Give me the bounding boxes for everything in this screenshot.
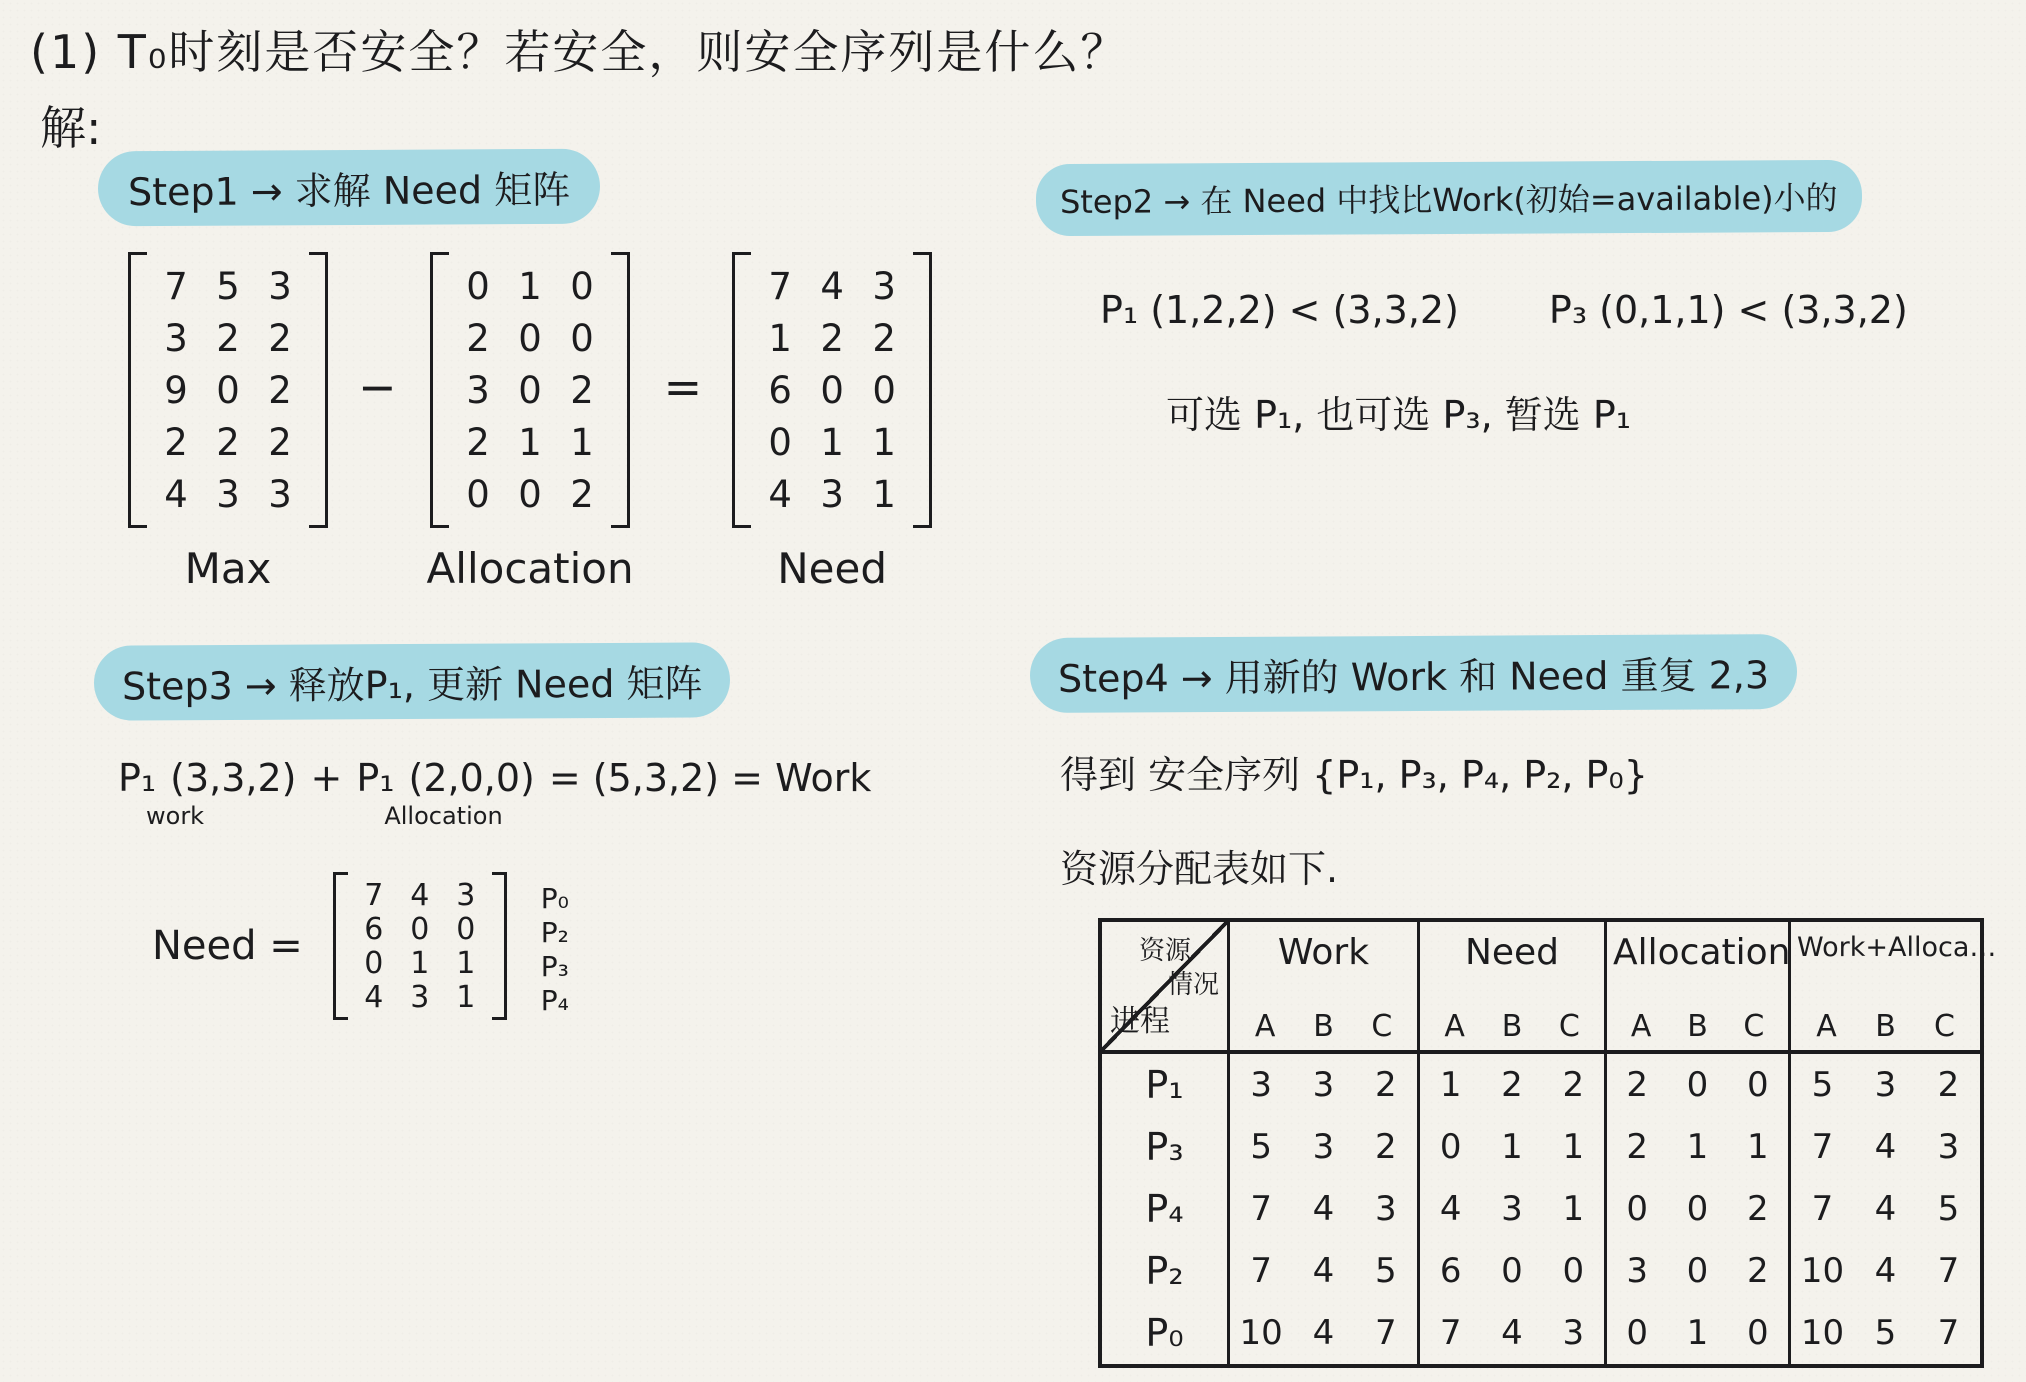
matrix-row: 600: [754, 364, 910, 416]
matrix-value: 4: [364, 980, 383, 1015]
table-value: 0: [1501, 1251, 1523, 1291]
matrix-row: 743: [351, 878, 489, 912]
table-value: 4: [1875, 1127, 1897, 1167]
safe-sequence-result: 得到 安全序列 {P₁, P₃, P₄, P₂, P₀}: [1060, 744, 1648, 799]
table-value: 2: [1375, 1065, 1397, 1105]
matrix-value: 0: [820, 369, 844, 412]
table-value: 4: [1313, 1251, 1335, 1291]
matrix-row: 122: [754, 312, 910, 364]
table-value: 1: [1440, 1065, 1462, 1105]
matrix-value: 2: [268, 421, 292, 464]
matrix-value: 7: [164, 265, 188, 308]
table-value: 2: [1626, 1065, 1648, 1105]
matrix-value: 2: [268, 369, 292, 412]
matrix-value: 3: [410, 980, 429, 1015]
table-value: 4: [1440, 1189, 1462, 1229]
table-value: 0: [1563, 1251, 1585, 1291]
matrix-row: 011: [351, 946, 489, 980]
plus-operator: +: [311, 756, 343, 800]
corner-situation-label: 情况: [1167, 964, 1219, 1001]
column-header-work: Work ABC: [1230, 922, 1420, 1054]
matrix-value: 2: [268, 317, 292, 360]
matrix-value: 7: [768, 265, 792, 308]
matrix-row: 431: [754, 468, 910, 520]
table-value: 2: [1563, 1065, 1585, 1105]
matrix-value: 1: [518, 265, 542, 308]
column-header-work-alloc: Work+Alloca… ABC: [1791, 922, 1980, 1054]
table-values-work-alloc: 743: [1791, 1116, 1980, 1178]
matrix-value: 1: [456, 980, 475, 1015]
table-values-allocation: 211: [1607, 1116, 1791, 1178]
matrix-row: 002: [452, 468, 608, 520]
subcol-label: B: [1313, 1009, 1334, 1044]
need-row-labels: P₀P₂P₃P₄: [541, 875, 569, 1017]
resource-allocation-table: 资源 情况 进程 Work ABC Need ABC Allocation AB…: [1098, 918, 1984, 1368]
matrix-value: 3: [164, 317, 188, 360]
need-matrix-label: Need: [777, 544, 887, 593]
table-values-work-alloc: 1057: [1791, 1302, 1980, 1364]
table-values-allocation: 010: [1607, 1302, 1791, 1364]
corner-resource-label: 资源: [1139, 930, 1191, 967]
step2-note: 可选 P₁, 也可选 P₃, 暂选 P₁: [1166, 384, 1631, 439]
subcol-label: A: [1631, 1009, 1652, 1044]
max-matrix-label: Max: [185, 544, 272, 593]
allocation-matrix-block: 010200302211002 Allocation: [427, 252, 634, 593]
list-item: P₂: [541, 915, 569, 949]
minus-operator: −: [358, 360, 397, 414]
work-vector: (3,3,2): [170, 756, 296, 800]
process-label: P₀: [1102, 1302, 1230, 1364]
subcol-label: A: [1816, 1009, 1837, 1044]
work-update-equation: P₁work (3,3,2) + P₁Allocation (2,0,0) = …: [118, 756, 871, 800]
need-matrix: 743122600011431: [732, 252, 932, 528]
process-label: P₄: [1102, 1178, 1230, 1240]
matrix-value: 6: [768, 369, 792, 412]
list-item: P₄: [541, 983, 569, 1017]
table-value: 7: [1938, 1313, 1960, 1353]
table-value: 3: [1626, 1251, 1648, 1291]
matrix-row: 600: [351, 912, 489, 946]
table-value: 2: [1938, 1065, 1960, 1105]
matrix-value: 2: [570, 473, 594, 516]
table-value: 7: [1250, 1189, 1272, 1229]
table-value: 0: [1687, 1065, 1709, 1105]
matrix-row: 011: [754, 416, 910, 468]
table-values-work: 532: [1230, 1116, 1420, 1178]
matrix-value: 0: [466, 265, 490, 308]
subcol-label: A: [1255, 1009, 1276, 1044]
table-value: 7: [1938, 1251, 1960, 1291]
matrix-value: 4: [820, 265, 844, 308]
matrix-row: 431: [351, 980, 489, 1014]
matrix-value: 0: [872, 369, 896, 412]
subcol-label: C: [1934, 1009, 1955, 1044]
table-value: 5: [1938, 1189, 1960, 1229]
table-value: 0: [1626, 1313, 1648, 1353]
table-values-work-alloc: 532: [1791, 1054, 1980, 1116]
matrix-value: 3: [268, 473, 292, 516]
table-value: 3: [1313, 1127, 1335, 1167]
subcol-label: C: [1371, 1009, 1392, 1044]
table-value: 7: [1375, 1313, 1397, 1353]
table-values-need: 011: [1420, 1116, 1607, 1178]
matrix-value: 0: [570, 265, 594, 308]
allocation-subscript: Allocation: [384, 802, 502, 830]
table-values-work-alloc: 745: [1791, 1178, 1980, 1240]
matrix-value: 3: [820, 473, 844, 516]
table-values-work: 1047: [1230, 1302, 1420, 1364]
step1-heading-text: Step1 → 求解 Need 矩阵: [128, 168, 570, 214]
matrix-value: 1: [872, 473, 896, 516]
table-value: 5: [1875, 1313, 1897, 1353]
matrix-value: 3: [466, 369, 490, 412]
table-value: 2: [1747, 1251, 1769, 1291]
matrix-value: 3: [456, 878, 475, 913]
matrix-row: 753: [150, 260, 306, 312]
table-value: 0: [1440, 1127, 1462, 1167]
step4-heading-text: Step4 → 用新的 Work 和 Need 重复 2,3: [1058, 653, 1769, 701]
list-item: P₁ (1,2,2) < (3,3,2): [1100, 288, 1459, 332]
matrix-value: 1: [872, 421, 896, 464]
p1-symbol: P₁: [356, 756, 394, 800]
matrix-value: 0: [768, 421, 792, 464]
table-value: 10: [1801, 1251, 1844, 1291]
matrix-row: 211: [452, 416, 608, 468]
matrix-value: 4: [410, 878, 429, 913]
table-values-work: 743: [1230, 1178, 1420, 1240]
matrix-value: 0: [216, 369, 240, 412]
table-value: 4: [1313, 1189, 1335, 1229]
table-value: 3: [1313, 1065, 1335, 1105]
matrix-value: 2: [466, 421, 490, 464]
matrix-row: 222: [150, 416, 306, 468]
matrix-value: 3: [872, 265, 896, 308]
column-header-need: Need ABC: [1420, 922, 1607, 1054]
list-item: P₀: [541, 881, 569, 915]
work-subscript: work: [146, 802, 204, 830]
matrix-value: 2: [872, 317, 896, 360]
need-matrix-block: 743122600011431 Need: [732, 252, 932, 593]
subcol-label: B: [1875, 1009, 1896, 1044]
matrix-value: 0: [518, 369, 542, 412]
matrix-row: 743: [754, 260, 910, 312]
table-values-work-alloc: 1047: [1791, 1240, 1980, 1302]
updated-need-matrix: 743600011431: [333, 872, 507, 1020]
table-value: 10: [1240, 1313, 1283, 1353]
step2-heading-highlight: Step2 → 在 Need 中找比Work(初始=available)小的: [1036, 160, 1862, 236]
matrix-row: 010: [452, 260, 608, 312]
matrix-row: 322: [150, 312, 306, 364]
equals-operator: =: [664, 360, 703, 414]
table-value: 4: [1875, 1189, 1897, 1229]
table-value: 0: [1626, 1189, 1648, 1229]
table-value: 0: [1687, 1251, 1709, 1291]
subcol-label: B: [1502, 1009, 1523, 1044]
subcols-allocation: ABC: [1613, 1009, 1782, 1046]
max-matrix-block: 753322902222433 Max: [128, 252, 328, 593]
table-value: 5: [1375, 1251, 1397, 1291]
subcols-work-alloc: ABC: [1797, 1009, 1974, 1046]
allocation-matrix: 010200302211002: [430, 252, 630, 528]
matrix-row: 902: [150, 364, 306, 416]
subcols-work: ABC: [1236, 1009, 1411, 1046]
matrix-value: 0: [456, 912, 475, 947]
allocation-matrix-label: Allocation: [427, 544, 634, 593]
updated-need-matrix-block: Need = 743600011431 P₀P₂P₃P₄: [152, 872, 569, 1020]
step3-heading-highlight: Step3 → 释放P₁, 更新 Need 矩阵: [94, 642, 731, 720]
table-value: 6: [1440, 1251, 1462, 1291]
need-equals-label: Need =: [152, 923, 303, 969]
process-label: P₂: [1102, 1240, 1230, 1302]
matrix-value: 2: [216, 317, 240, 360]
table-value: 4: [1875, 1251, 1897, 1291]
step2-heading-text: Step2 → 在 Need 中找比Work(初始=available)小的: [1060, 179, 1838, 221]
table-value: 7: [1812, 1189, 1834, 1229]
list-item: P₃: [541, 949, 569, 983]
table-values-need: 743: [1420, 1302, 1607, 1364]
list-item: P₃ (0,1,1) < (3,3,2): [1549, 288, 1908, 332]
matrix-value: 0: [364, 946, 383, 981]
table-value: 2: [1375, 1127, 1397, 1167]
p1-allocation-term: P₁Allocation: [356, 756, 394, 800]
matrix-value: 5: [216, 265, 240, 308]
table-value: 7: [1440, 1313, 1462, 1353]
matrix-value: 1: [570, 421, 594, 464]
table-value: 2: [1747, 1189, 1769, 1229]
subcol-label: A: [1444, 1009, 1465, 1044]
table-values-need: 431: [1420, 1178, 1607, 1240]
matrix-value: 0: [410, 912, 429, 947]
process-label: P₁: [1102, 1054, 1230, 1116]
table-value: 3: [1875, 1065, 1897, 1105]
matrix-value: 6: [364, 912, 383, 947]
table-value: 7: [1812, 1127, 1834, 1167]
notebook-page: (1) T₀时刻是否安全？若安全，则安全序列是什么？ 解: Step1 → 求解…: [0, 0, 2026, 1382]
matrix-value: 1: [820, 421, 844, 464]
matrix-value: 2: [164, 421, 188, 464]
need-matrix-equation: 753322902222433 Max − 010200302211002 Al…: [128, 252, 932, 593]
matrix-row: 302: [452, 364, 608, 416]
matrix-value: 1: [518, 421, 542, 464]
matrix-value: 2: [216, 421, 240, 464]
question-title: (1) T₀时刻是否安全？若安全，则安全序列是什么？: [30, 16, 1128, 82]
matrix-value: 4: [164, 473, 188, 516]
table-value: 1: [1747, 1127, 1769, 1167]
table-value: 2: [1626, 1127, 1648, 1167]
table-value: 0: [1747, 1065, 1769, 1105]
table-value: 2: [1501, 1065, 1523, 1105]
step2-comparisons: P₁ (1,2,2) < (3,3,2)P₃ (0,1,1) < (3,3,2): [1100, 288, 1908, 332]
matrix-value: 0: [518, 473, 542, 516]
process-label: P₃: [1102, 1116, 1230, 1178]
subcol-label: C: [1743, 1009, 1764, 1044]
allocation-vector: (2,0,0): [409, 756, 535, 800]
subcols-need: ABC: [1426, 1009, 1598, 1046]
subcol-label: B: [1687, 1009, 1708, 1044]
p1-symbol: P₁: [118, 756, 156, 800]
matrix-value: 2: [570, 369, 594, 412]
matrix-value: 2: [466, 317, 490, 360]
matrix-value: 0: [518, 317, 542, 360]
table-intro: 资源分配表如下.: [1060, 838, 1338, 893]
table-value: 4: [1501, 1313, 1523, 1353]
table-value: 1: [1687, 1313, 1709, 1353]
step3-heading-text: Step3 → 释放P₁, 更新 Need 矩阵: [122, 661, 703, 708]
table-value: 4: [1313, 1313, 1335, 1353]
subcol-label: C: [1559, 1009, 1580, 1044]
matrix-value: 1: [410, 946, 429, 981]
matrix-row: 433: [150, 468, 306, 520]
table-value: 3: [1563, 1313, 1585, 1353]
matrix-value: 9: [164, 369, 188, 412]
table-values-work: 332: [1230, 1054, 1420, 1116]
table-values-allocation: 302: [1607, 1240, 1791, 1302]
table-values-work: 745: [1230, 1240, 1420, 1302]
step4-heading-highlight: Step4 → 用新的 Work 和 Need 重复 2,3: [1030, 634, 1797, 713]
table-corner-cell: 资源 情况 进程: [1102, 922, 1230, 1054]
equation-result: = (5,3,2) = Work: [549, 756, 871, 800]
solution-label: 解:: [40, 92, 102, 158]
matrix-value: 1: [456, 946, 475, 981]
matrix-value: 3: [216, 473, 240, 516]
table-values-need: 600: [1420, 1240, 1607, 1302]
p1-work-term: P₁work: [118, 756, 156, 800]
table-values-allocation: 002: [1607, 1178, 1791, 1240]
table-value: 1: [1501, 1127, 1523, 1167]
table-value: 3: [1501, 1189, 1523, 1229]
table-values-need: 122: [1420, 1054, 1607, 1116]
matrix-value: 0: [570, 317, 594, 360]
table-value: 10: [1801, 1313, 1844, 1353]
table-value: 1: [1563, 1189, 1585, 1229]
table-value: 3: [1375, 1189, 1397, 1229]
matrix-row: 200: [452, 312, 608, 364]
table-value: 5: [1250, 1127, 1272, 1167]
table-value: 0: [1747, 1313, 1769, 1353]
table-values-allocation: 200: [1607, 1054, 1791, 1116]
table-value: 0: [1687, 1189, 1709, 1229]
matrix-value: 1: [768, 317, 792, 360]
table-value: 3: [1938, 1127, 1960, 1167]
table-value: 1: [1563, 1127, 1585, 1167]
matrix-value: 7: [364, 878, 383, 913]
corner-process-label: 进程: [1110, 996, 1170, 1040]
table-value: 7: [1250, 1251, 1272, 1291]
step1-heading-highlight: Step1 → 求解 Need 矩阵: [98, 149, 601, 227]
column-header-allocation: Allocation ABC: [1607, 922, 1791, 1054]
table-value: 1: [1687, 1127, 1709, 1167]
matrix-value: 3: [268, 265, 292, 308]
matrix-value: 0: [466, 473, 490, 516]
matrix-value: 2: [820, 317, 844, 360]
matrix-value: 4: [768, 473, 792, 516]
max-matrix: 753322902222433: [128, 252, 328, 528]
table-value: 5: [1812, 1065, 1834, 1105]
table-value: 3: [1250, 1065, 1272, 1105]
